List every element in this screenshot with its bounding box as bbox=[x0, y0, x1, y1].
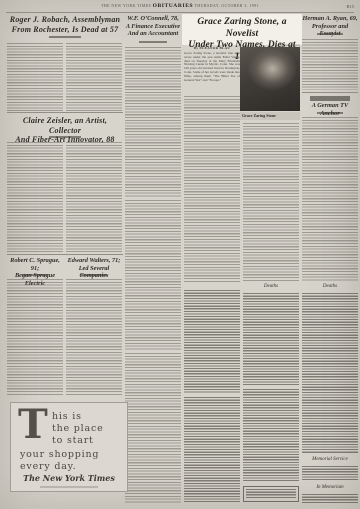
headline-tv-anchor-name-illegible bbox=[310, 96, 350, 101]
byline-oconnell bbox=[139, 41, 167, 43]
headline-oconnell: W.F. O’Connell, 78, A Finance Executive … bbox=[125, 15, 181, 38]
byline-zeisler bbox=[49, 136, 81, 138]
body-oconnell-1 bbox=[125, 47, 181, 197]
headline-walters: Edward Walters, 71; Led Several Companie… bbox=[66, 257, 122, 280]
paper-name: THE NEW YORK TIMES bbox=[101, 3, 151, 8]
body-oconnell-2 bbox=[125, 200, 181, 350]
body-stone-col5 bbox=[243, 123, 299, 282]
death-notices-col5-2 bbox=[243, 389, 299, 482]
memorial-service-notices bbox=[302, 466, 358, 481]
deaths-header-col6: Deaths bbox=[302, 284, 358, 290]
body-robach-col1 bbox=[7, 43, 63, 111]
ad-line-3: to start bbox=[52, 436, 94, 446]
body-zeisler-col2 bbox=[66, 142, 122, 252]
ad-dropcap: T bbox=[18, 407, 48, 443]
boxed-notice bbox=[243, 486, 299, 502]
byline-tv-anchor bbox=[317, 112, 343, 114]
byline-walters bbox=[81, 274, 107, 276]
newspaper-page: THE NEW YORK TIMES OBITUARIES THURSDAY, … bbox=[0, 0, 360, 509]
photo-credit bbox=[280, 44, 300, 46]
in-memoriam-header: In Memoriam bbox=[302, 485, 358, 491]
lead-paragraph-stone: Grace Zaring Stone, a novelist who also … bbox=[184, 52, 240, 82]
memorial-service-header: Memorial Service bbox=[302, 457, 358, 463]
photo-caption-stone: Grace Zaring Stone bbox=[240, 112, 300, 120]
ad-line-1: his is bbox=[52, 412, 82, 422]
body-robach-col2 bbox=[66, 43, 122, 111]
headline-tv-anchor: A German TV Anchor bbox=[302, 102, 358, 117]
divider-col6 bbox=[302, 92, 358, 93]
ad-line-5: every day. bbox=[20, 462, 76, 472]
body-tv-anchor bbox=[302, 117, 358, 282]
obituary-photo-stone bbox=[240, 47, 300, 111]
headline-box-stone: Grace Zaring Stone, a Novelist Under Two… bbox=[182, 14, 302, 45]
ad-line-2: the place bbox=[52, 424, 104, 434]
body-zeisler-col1 bbox=[7, 142, 63, 252]
date-line: THURSDAY, OCTOBER 3, 1991 bbox=[194, 3, 259, 8]
nyt-house-ad: T his is the place to start your shoppin… bbox=[10, 402, 128, 492]
death-notices-col4-2 bbox=[184, 397, 240, 503]
deaths-header-col5: Deaths bbox=[243, 284, 299, 290]
body-ryan bbox=[302, 39, 358, 90]
body-sprague bbox=[7, 279, 63, 396]
masthead-rule bbox=[6, 12, 354, 13]
byline-robach bbox=[49, 36, 81, 38]
headline-robach: Roger J. Robach, Assemblyman From Roches… bbox=[7, 15, 123, 34]
ad-tagline bbox=[40, 486, 98, 488]
body-walters bbox=[66, 279, 122, 396]
headline-zeisler: Claire Zeisler, an Artist, Collector And… bbox=[7, 116, 123, 145]
in-memoriam-notices bbox=[302, 494, 358, 504]
byline-stone: By ELEANOR BLAU bbox=[184, 46, 240, 50]
byline-ryan bbox=[317, 33, 343, 35]
divider-zeisler bbox=[7, 112, 123, 113]
death-notices-col4-1 bbox=[184, 290, 240, 394]
ad-line-4: your shopping bbox=[20, 450, 99, 460]
body-oconnell-3 bbox=[125, 353, 181, 503]
divider-sprague-walters bbox=[7, 254, 123, 255]
body-stone-col4 bbox=[184, 96, 240, 282]
masthead: THE NEW YORK TIMES OBITUARIES THURSDAY, … bbox=[0, 3, 360, 9]
nyt-logo: The New York Times bbox=[11, 474, 127, 483]
boxed-notice-text bbox=[246, 489, 296, 499]
section-title: OBITUARIES bbox=[153, 3, 194, 9]
page-number: B15 bbox=[330, 4, 354, 9]
death-notices-col6 bbox=[302, 293, 358, 453]
death-notices-col5-1 bbox=[243, 293, 299, 386]
byline-sprague bbox=[22, 274, 48, 276]
